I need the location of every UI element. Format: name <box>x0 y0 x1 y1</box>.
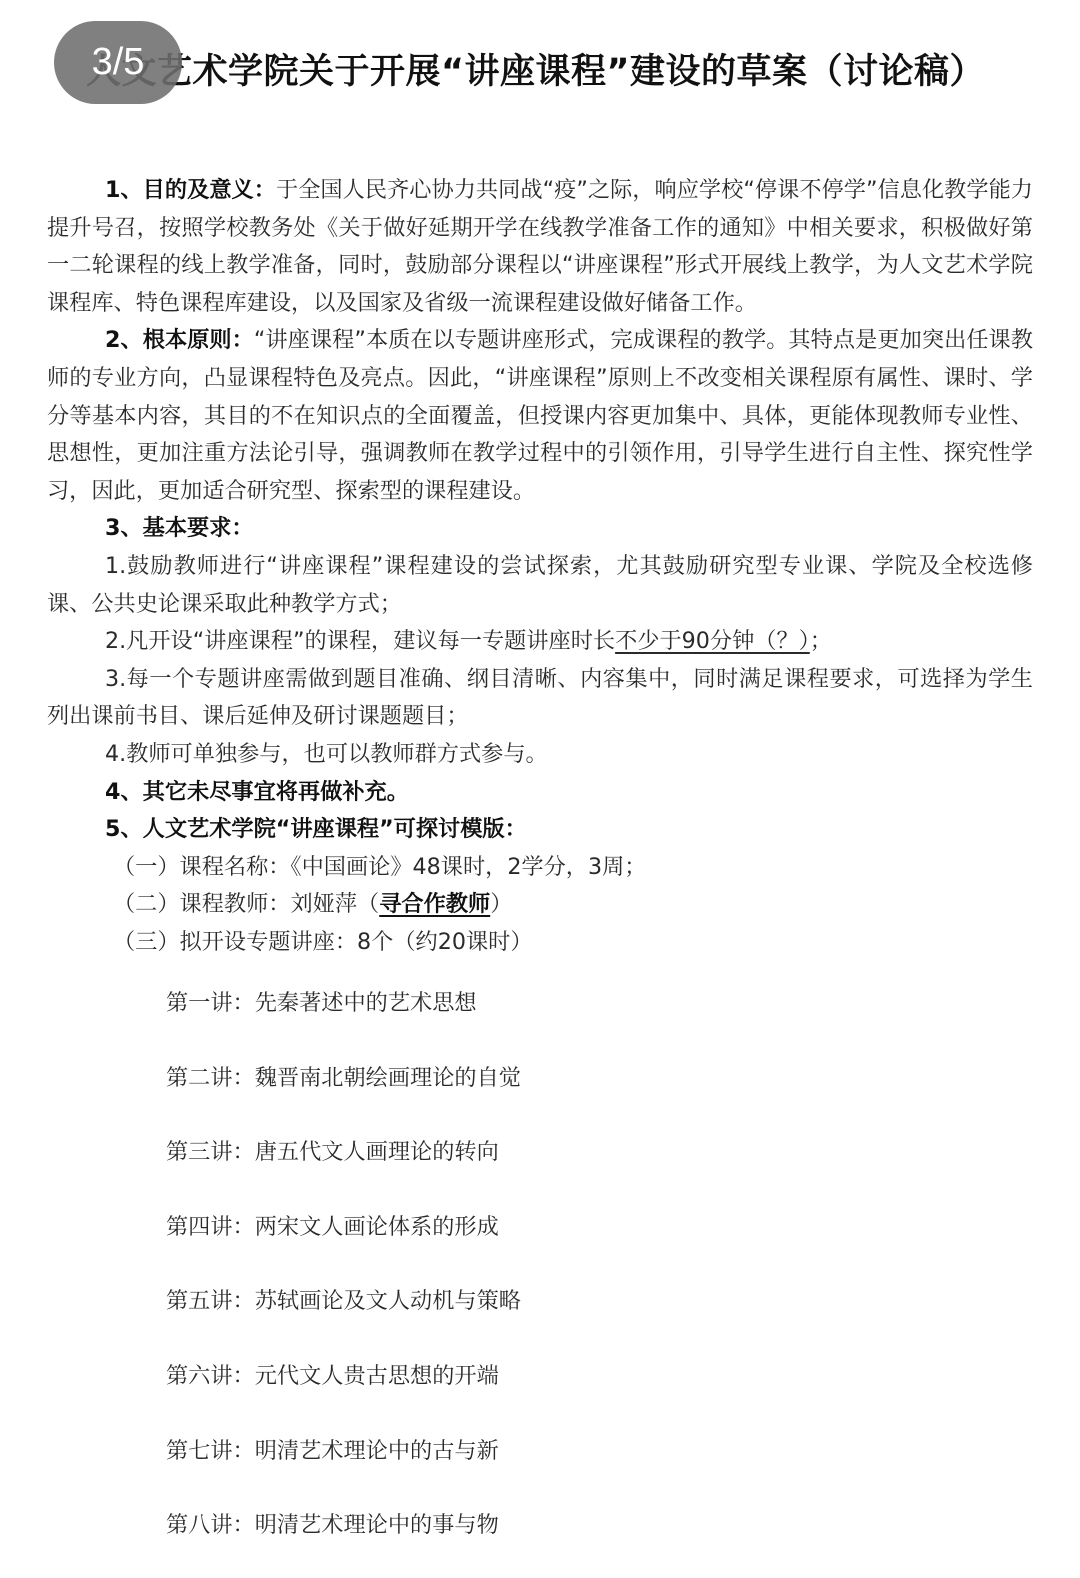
requirement-item-4: 4.教师可单独参与，也可以教师群方式参与。 <box>47 736 1033 774</box>
document-body: 1、目的及意义：于全国人民齐心协力共同战“疫”之际，响应学校“停课不停学”信息化… <box>47 172 1033 961</box>
document-title: 人文艺术学院关于开展“讲座课程”建设的草案（讨论稿） <box>86 44 985 94</box>
section-template-heading: 5、人文艺术学院“讲座课程”可探讨模版： <box>47 811 1033 849</box>
lectures-count-line: （三）拟开设专题讲座：8个（约20课时） <box>47 924 1033 962</box>
requirement-item-2: 2.凡开设“讲座课程”的课程，建议每一专题讲座时长不少于90分钟（？）； <box>47 623 1033 661</box>
requirement-item-3: 3.每一个专题讲座需做到题目准确、纲目清晰、内容集中，同时满足课程要求，可选择为… <box>47 661 1033 736</box>
teacher-text: （二）课程教师：刘娅萍（ <box>113 891 379 917</box>
underlined-duration: 不少于90分钟（？） <box>615 628 810 654</box>
course-teacher-line: （二）课程教师：刘娅萍（寻合作教师） <box>47 886 1033 924</box>
section-principles: 2、根本原则：“讲座课程”本质在以专题讲座形式，完成课程的教学。其特点是更加突出… <box>47 322 1033 510</box>
document-page: 3/5 人文艺术学院关于开展“讲座课程”建设的草案（讨论稿） 1、目的及意义：于… <box>0 0 1080 1578</box>
section-text: “讲座课程”本质在以专题讲座形式，完成课程的教学。其特点是更加突出任课教师的专业… <box>47 327 1033 503</box>
lecture-item: 第二讲：魏晋南北朝绘画理论的自觉 <box>166 1060 521 1135</box>
requirement-suffix: ； <box>810 628 832 654</box>
lecture-item: 第三讲：唐五代文人画理论的转向 <box>166 1134 521 1209</box>
lecture-item: 第一讲：先秦著述中的艺术思想 <box>166 985 521 1060</box>
lecture-item: 第八讲：明清艺术理论中的事与物 <box>166 1507 521 1578</box>
lecture-item: 第七讲：明清艺术理论中的古与新 <box>166 1433 521 1508</box>
page-indicator-badge: 3/5 <box>54 21 182 104</box>
lecture-item: 第六讲：元代文人贵古思想的开端 <box>166 1358 521 1433</box>
section-purpose: 1、目的及意义：于全国人民齐心协力共同战“疫”之际，响应学校“停课不停学”信息化… <box>47 172 1033 322</box>
lecture-item: 第五讲：苏轼画论及文人动机与策略 <box>166 1283 521 1358</box>
section-other-heading: 4、其它未尽事宜将再做补充。 <box>47 774 1033 812</box>
course-name-line: （一）课程名称：《中国画论》48课时，2学分，3周； <box>47 849 1033 887</box>
teacher-suffix: ） <box>490 891 512 917</box>
requirement-text: 2.凡开设“讲座课程”的课程，建议每一专题讲座时长 <box>105 628 615 654</box>
seek-partner-teacher: 寻合作教师 <box>379 891 490 917</box>
section-heading: 1、目的及意义： <box>105 177 276 203</box>
requirement-item-1: 1.鼓励教师进行“讲座课程”课程建设的尝试探索，尤其鼓励研究型专业课、学院及全校… <box>47 548 1033 623</box>
section-heading: 2、根本原则： <box>105 327 254 353</box>
page-indicator-text: 3/5 <box>92 41 145 84</box>
section-requirements-heading: 3、基本要求： <box>47 510 1033 548</box>
lecture-list: 第一讲：先秦著述中的艺术思想 第二讲：魏晋南北朝绘画理论的自觉 第三讲：唐五代文… <box>166 985 521 1578</box>
lecture-item: 第四讲：两宋文人画论体系的形成 <box>166 1209 521 1284</box>
